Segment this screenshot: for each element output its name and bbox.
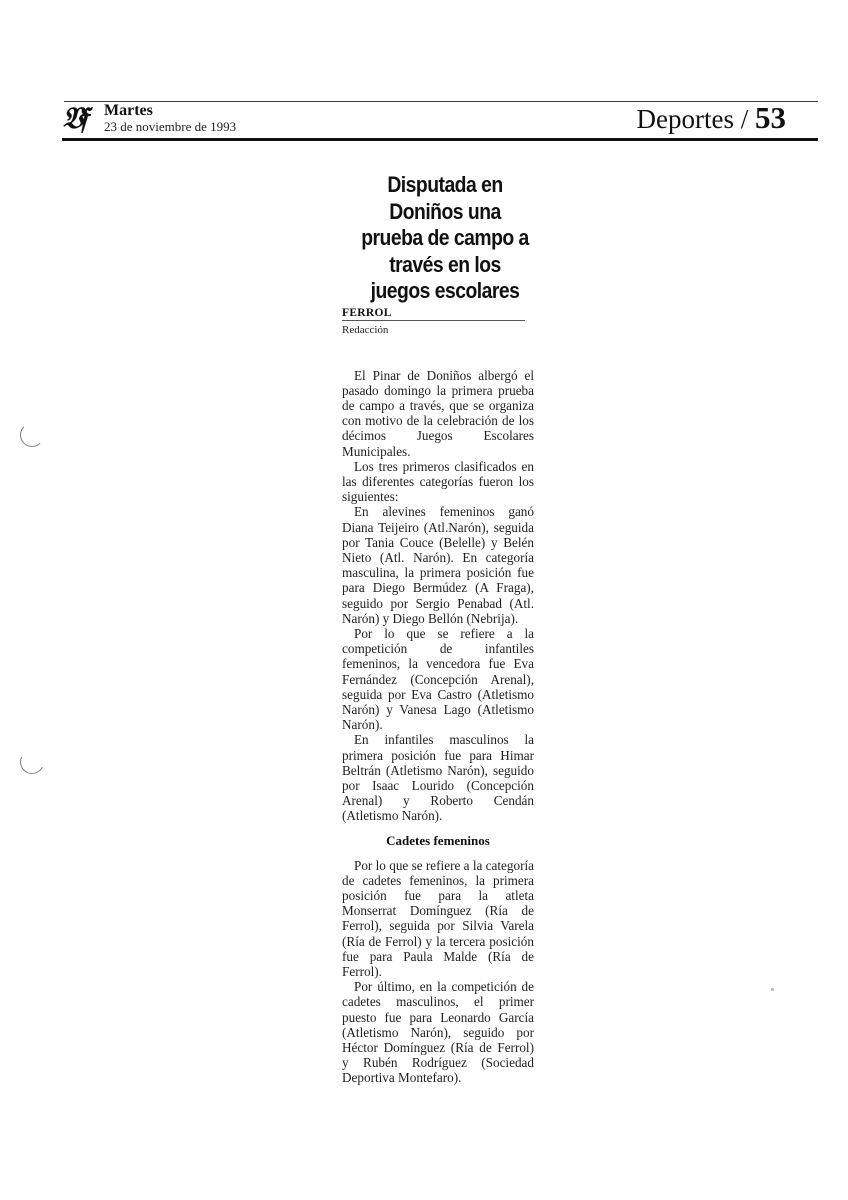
section-page-label: Deportes / 53 — [637, 100, 786, 137]
paragraph: Los tres primeros clasificados en las di… — [342, 459, 534, 505]
paragraph: El Pinar de Doniños albergó el pasado do… — [342, 368, 534, 459]
section-name: Deportes — [637, 104, 734, 134]
paragraph: Por lo que se refiere a la categoría de … — [342, 858, 534, 980]
paragraph: En infantiles masculinos la primera posi… — [342, 732, 534, 823]
header-date: 23 de noviembre de 1993 — [104, 120, 236, 134]
article: Disputada en Doniños una prueba de campo… — [343, 172, 533, 1086]
punch-hole-mark — [17, 747, 48, 778]
header-day: Martes — [104, 103, 153, 119]
header-bottom-rule — [62, 138, 818, 141]
paragraph: En alevines femeninos ganó Diana Teijeir… — [342, 504, 534, 626]
byline-place: FERROL — [342, 306, 525, 321]
article-subhead: Cadetes femeninos — [342, 833, 534, 848]
scan-speck — [771, 988, 774, 991]
masthead-logo: 𝔙𝔣 — [62, 102, 100, 136]
section-separator: / — [741, 104, 749, 134]
paragraph: Por último, en la competición de cadetes… — [342, 979, 534, 1085]
article-body: El Pinar de Doniños albergó el pasado do… — [342, 368, 534, 1086]
page-number: 53 — [755, 100, 786, 135]
article-headline: Disputada en Doniños una prueba de campo… — [359, 172, 531, 305]
byline-author: Redacción — [342, 323, 533, 337]
paragraph: Por lo que se refiere a la competición d… — [342, 626, 534, 732]
punch-hole-mark — [20, 423, 44, 447]
